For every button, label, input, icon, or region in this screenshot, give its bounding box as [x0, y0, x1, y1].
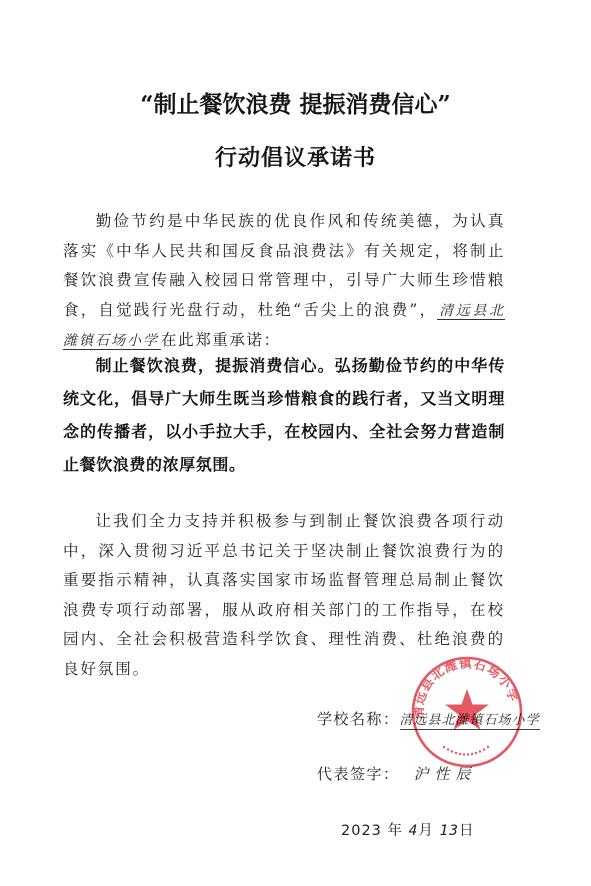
date: 2023 年 4月 13日: [341, 819, 474, 840]
representative-row: 代表签字：沪性辰: [317, 763, 509, 785]
date-year: 2023: [341, 823, 382, 839]
school-name-label: 学校名称：: [317, 708, 400, 729]
date-month-unit: 月: [418, 823, 434, 839]
paragraph-commitment-text: 制止餐饮浪费，提振消费信心。弘扬勤俭节约的中华传统文化，倡导广大师生既当珍惜粮食…: [63, 356, 505, 474]
paragraph-commitment: 制止餐饮浪费，提振消费信心。弘扬勤俭节约的中华传统文化，倡导广大师生既当珍惜粮食…: [63, 349, 505, 481]
school-name-value: 清远县北潍镇石场小学: [400, 709, 540, 730]
document-page: “制止餐饮浪费 提振消费信心” 行动倡议承诺书 勤俭节约是中华民族的优良作风和传…: [0, 0, 591, 886]
seal-code-dots: [443, 746, 489, 756]
document-subtitle: 行动倡议承诺书: [0, 141, 591, 172]
representative-signature: 沪性辰: [400, 763, 509, 785]
paragraph-call-to-action-text: 让我们全力支持并积极参与到制止餐饮浪费各项行动中，深入贯彻习近平总书记关于坚决制…: [63, 512, 505, 678]
date-day: 13: [439, 823, 458, 839]
date-year-unit: 年: [388, 823, 404, 839]
date-day-unit: 日: [459, 823, 475, 839]
paragraph-call-to-action: 让我们全力支持并积极参与到制止餐饮浪费各项行动中，深入贯彻习近平总书记关于坚决制…: [63, 507, 505, 684]
paragraph-intro: 勤俭节约是中华民族的优良作风和传统美德，为认真落实《中华人民共和国反食品浪费法》…: [63, 207, 505, 357]
representative-label: 代表签字：: [317, 763, 400, 784]
paragraph-intro-tail: 在此郑重承诺：: [161, 331, 281, 349]
date-month: 4: [409, 823, 419, 839]
document-title: “制止餐饮浪费 提振消费信心”: [0, 86, 591, 119]
school-name-row: 学校名称：清远县北潍镇石场小学: [317, 708, 540, 730]
